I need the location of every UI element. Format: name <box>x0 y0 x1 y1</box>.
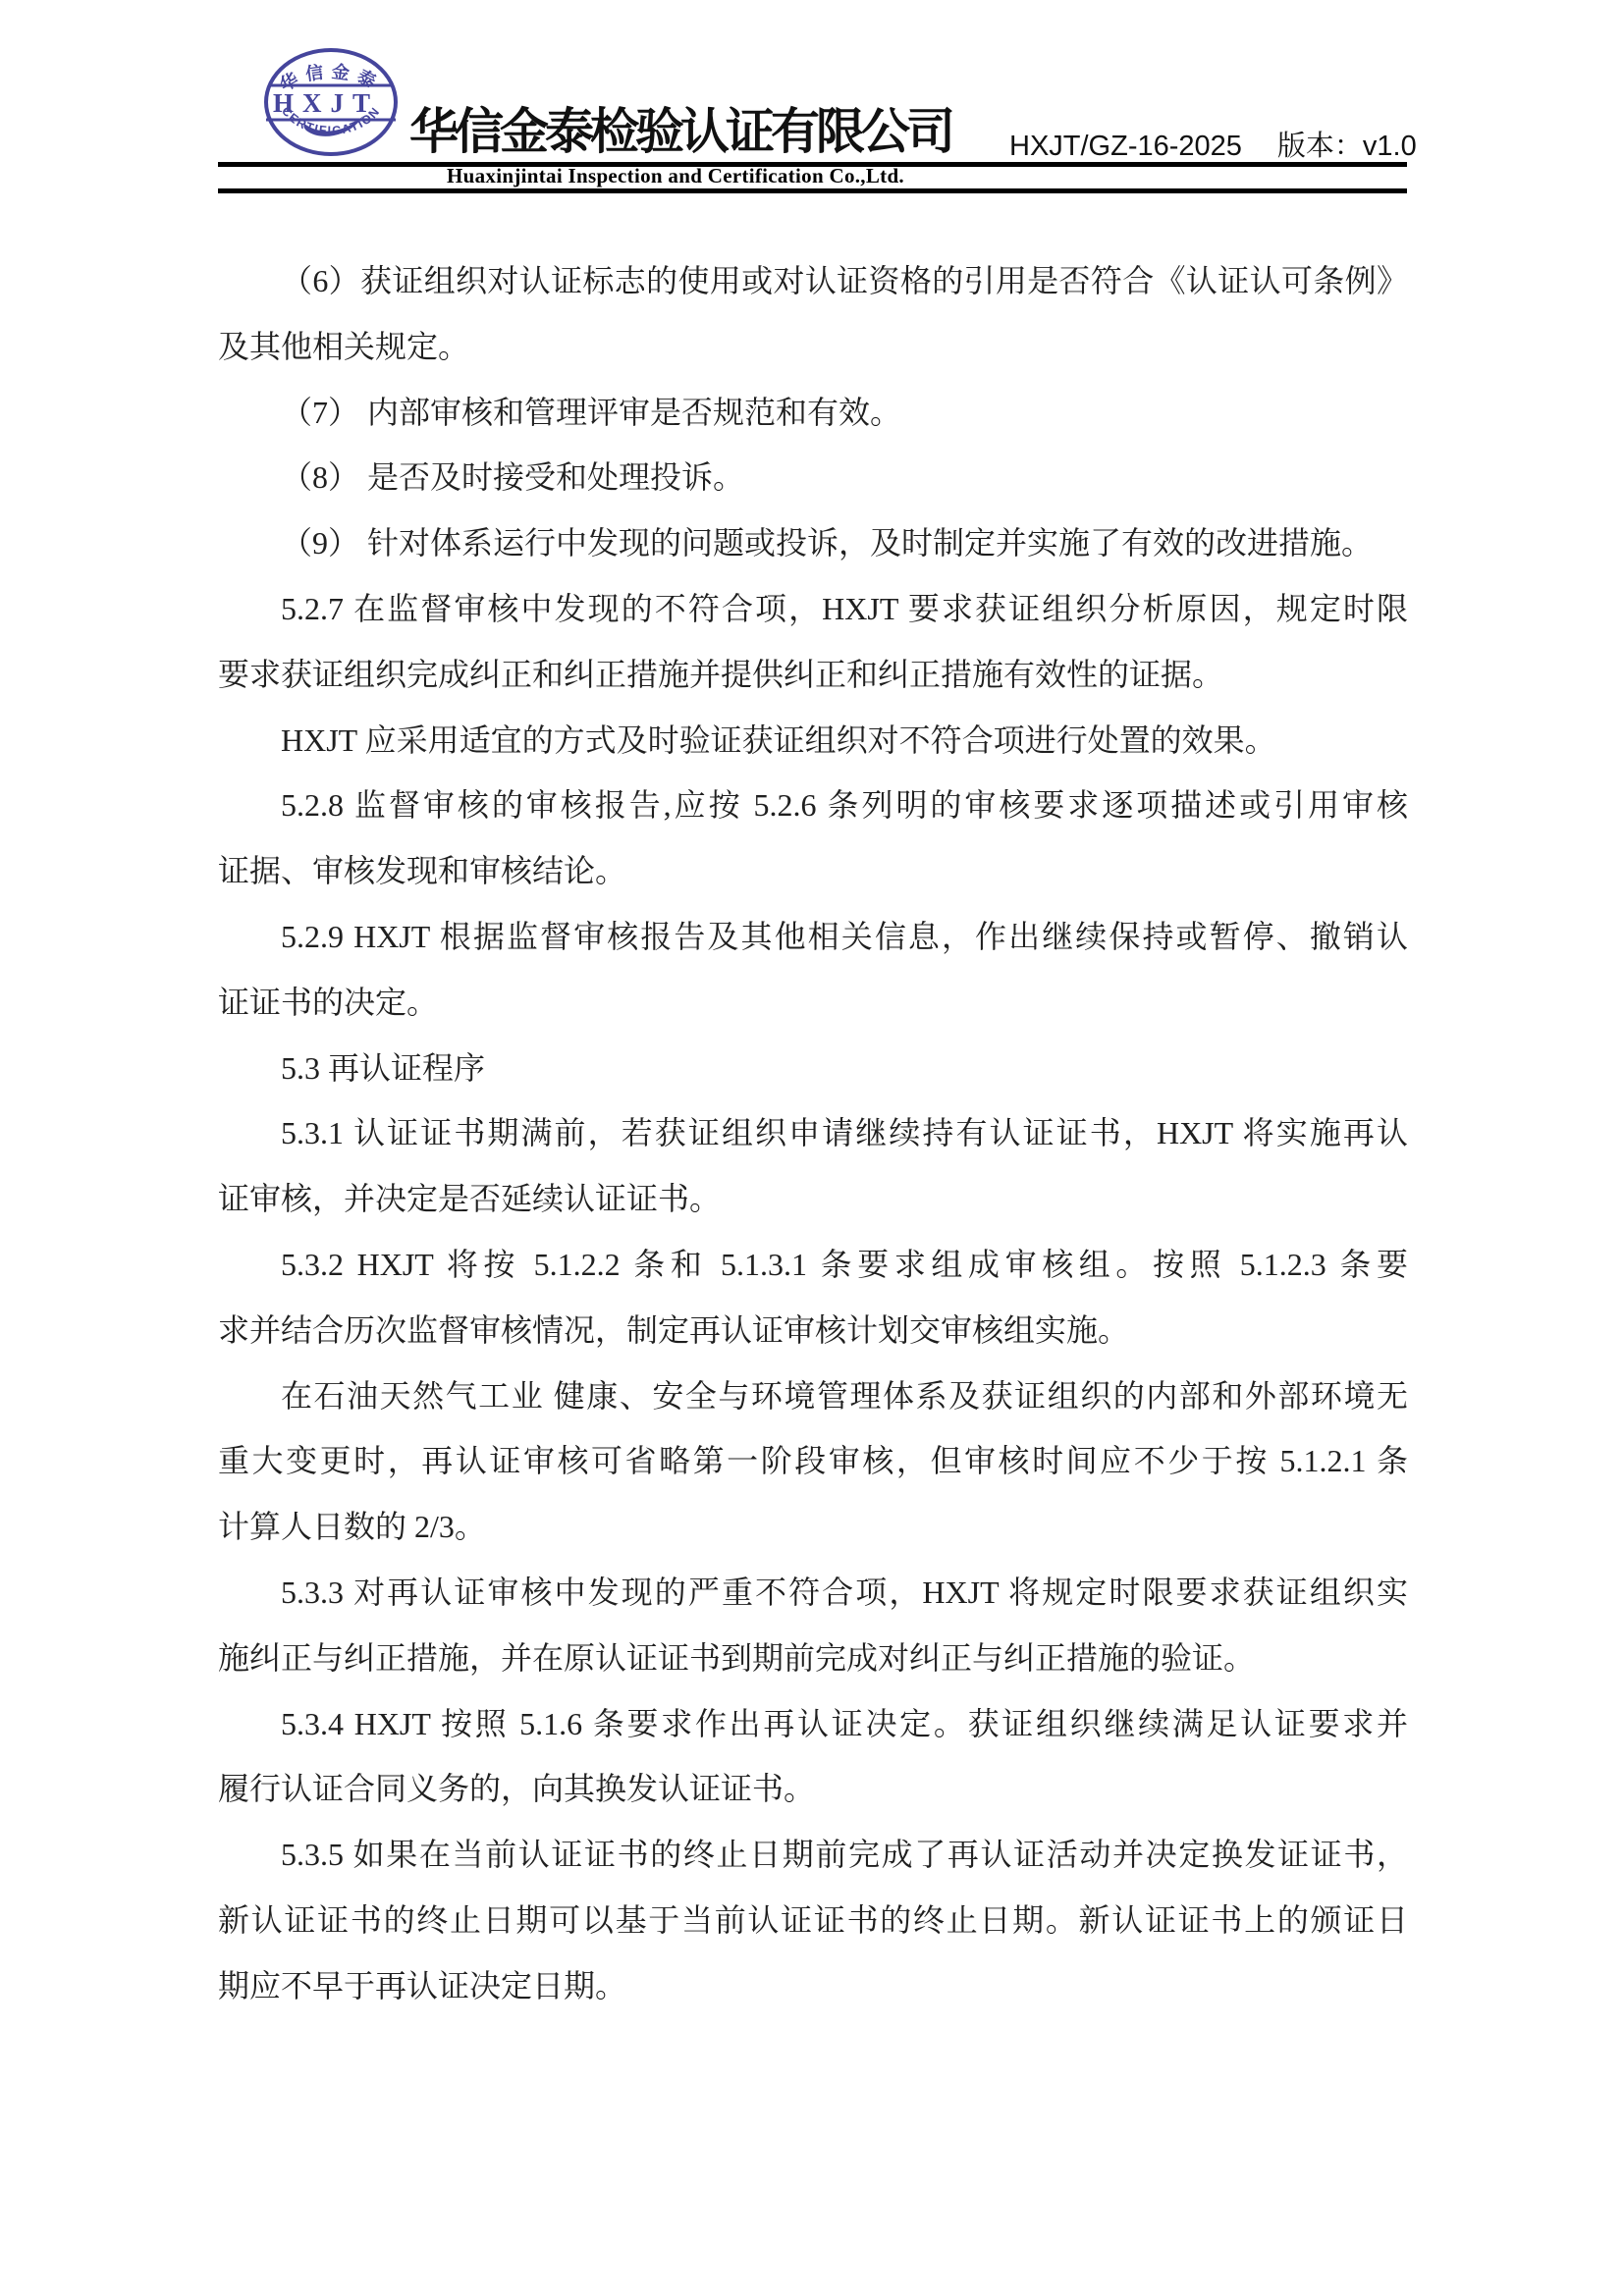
company-logo: 华信金泰 HXJT CERTIFICATION <box>261 45 401 159</box>
text-line: 计算人日数的 2/3。 <box>218 1494 1408 1560</box>
text-line: 5.3.1 认证证书期满前，若获证组织申请继续持有认证证书，HXJT 将实施再认 <box>218 1100 1408 1166</box>
text-line: 5.3.2 HXJT 将按 5.1.2.2 条和 5.1.3.1 条要求组成审核… <box>218 1232 1408 1298</box>
document-refs: HXJT/GZ-16-2025 版本：v1.0 <box>1009 124 1417 164</box>
text-line: 5.2.7 在监督审核中发现的不符合项，HXJT 要求获证组织分析原因，规定时限 <box>218 576 1408 642</box>
text-line: 证审核，并决定是否延续认证证书。 <box>218 1166 1408 1232</box>
version-label: 版本：v1.0 <box>1277 124 1417 164</box>
document-page: 华信金泰 HXJT CERTIFICATION 华信金泰检验认证有限公司 HXJ… <box>0 0 1623 2296</box>
text-line: 5.2.9 HXJT 根据监督审核报告及其他相关信息，作出继续保持或暂停、撤销认 <box>218 904 1408 970</box>
text-line: 5.3 再认证程序 <box>218 1036 1408 1101</box>
text-line: HXJT 应采用适宜的方式及时验证获证组织对不符合项进行处置的效果。 <box>218 708 1408 774</box>
text-line: 5.2.8 监督审核的审核报告,应按 5.2.6 条列明的审核要求逐项描述或引用… <box>218 773 1408 838</box>
document-body: （6）获证组织对认证标志的使用或对认证资格的引用是否符合《认证认可条例》及其他相… <box>218 248 1408 2019</box>
text-line: 重大变更时，再认证审核可省略第一阶段审核，但审核时间应不少于按 5.1.2.1 … <box>218 1428 1408 1494</box>
company-name-zh: 华信金泰检验认证有限公司 <box>409 92 951 163</box>
text-line: 新认证证书的终止日期可以基于当前认证证书的终止日期。新认证证书上的颁证日 <box>218 1888 1408 1953</box>
text-line: 证据、审核发现和审核结论。 <box>218 838 1408 904</box>
text-line: 求并结合历次监督审核情况，制定再认证审核计划交审核组实施。 <box>218 1298 1408 1363</box>
text-line: 履行认证合同义务的，向其换发认证证书。 <box>218 1756 1408 1822</box>
text-line: 证证书的决定。 <box>218 970 1408 1036</box>
text-line: 5.3.3 对再认证审核中发现的严重不符合项，HXJT 将规定时限要求获证组织实 <box>218 1560 1408 1626</box>
text-line: （8） 是否及时接受和处理投诉。 <box>218 445 1408 510</box>
text-line: 要求获证组织完成纠正和纠正措施并提供纠正和纠正措施有效性的证据。 <box>218 642 1408 708</box>
text-line: （9） 针对体系运行中发现的问题或投诉，及时制定并实施了有效的改进措施。 <box>218 510 1408 576</box>
text-line: 施纠正与纠正措施，并在原认证证书到期前完成对纠正与纠正措施的验证。 <box>218 1626 1408 1691</box>
text-line: 5.3.5 如果在当前认证证书的终止日期前完成了再认证活动并决定换发证证书， <box>218 1822 1408 1888</box>
text-line: 及其他相关规定。 <box>218 314 1408 380</box>
text-line: 在石油天然气工业 健康、安全与环境管理体系及获证组织的内部和外部环境无 <box>218 1363 1408 1429</box>
company-name-en: Huaxinjintai Inspection and Certificatio… <box>447 164 904 188</box>
header-rule-bottom <box>218 188 1407 193</box>
text-line: 期应不早于再认证决定日期。 <box>218 1953 1408 2019</box>
text-line: （6）获证组织对认证标志的使用或对认证资格的引用是否符合《认证认可条例》 <box>218 248 1408 314</box>
text-line: （7） 内部审核和管理评审是否规范和有效。 <box>218 380 1408 446</box>
document-number: HXJT/GZ-16-2025 <box>1009 131 1242 163</box>
text-line: 5.3.4 HXJT 按照 5.1.6 条要求作出再认证决定。获证组织继续满足认… <box>218 1691 1408 1757</box>
